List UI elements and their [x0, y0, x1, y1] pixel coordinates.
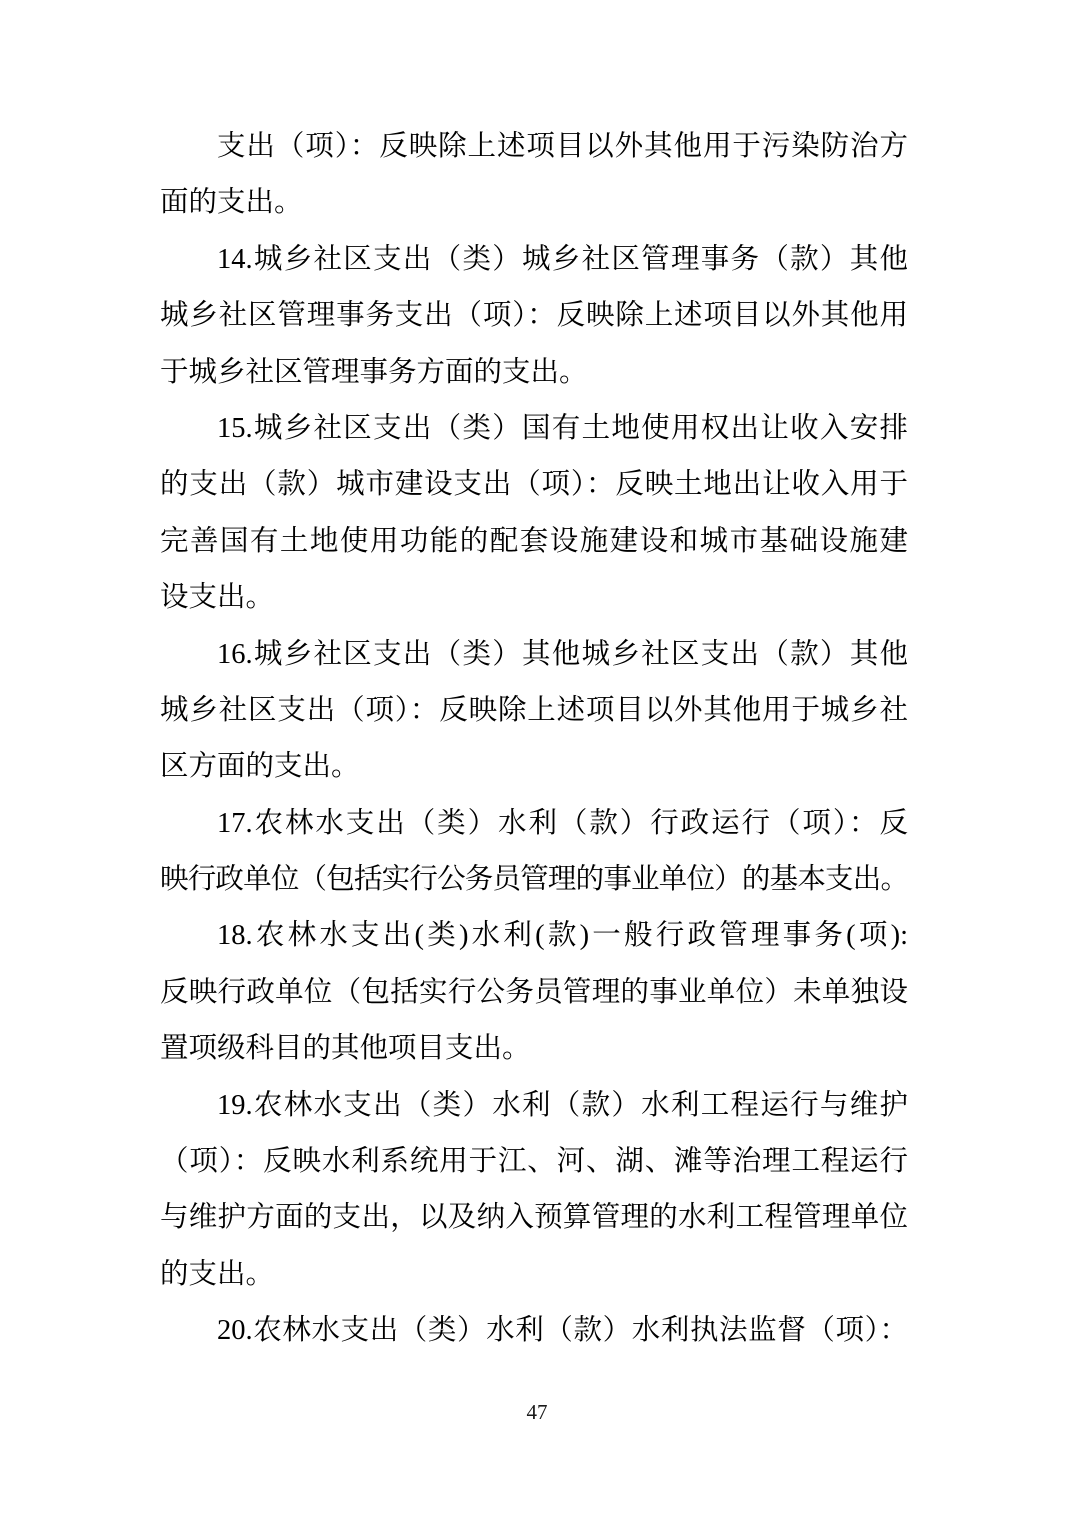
text-line: 映行政单位（包括实行公务员管理的事业单位）的基本支出。 — [160, 852, 908, 908]
paragraph: 18.农林水支出(类)水利(款)一般行政管理事务(项):反映行政单位（包括实行公… — [160, 908, 908, 1077]
text-line: 反映行政单位（包括实行公务员管理的事业单位）未单独设 — [160, 965, 908, 1021]
paragraph: 16.城乡社区支出（类）其他城乡社区支出（款）其他城乡社区支出（项）：反映除上述… — [160, 627, 908, 796]
text-line: 的支出。 — [160, 1247, 908, 1303]
text-line: 设支出。 — [160, 570, 908, 626]
document-page: 支出（项）：反映除上述项目以外其他用于污染防治方面的支出。14.城乡社区支出（类… — [0, 0, 1074, 1520]
text-line: 支出（项）：反映除上述项目以外其他用于污染防治方 — [160, 119, 908, 175]
paragraph: 20.农林水支出（类）水利（款）水利执法监督（项）： — [160, 1303, 908, 1359]
text-line: 面的支出。 — [160, 175, 908, 231]
paragraph: 19.农林水支出（类）水利（款）水利工程运行与维护（项）：反映水利系统用于江、河… — [160, 1078, 908, 1304]
text-block: 支出（项）：反映除上述项目以外其他用于污染防治方面的支出。14.城乡社区支出（类… — [160, 119, 908, 1360]
text-line: 19.农林水支出（类）水利（款）水利工程运行与维护 — [160, 1078, 908, 1134]
text-line: 区方面的支出。 — [160, 739, 908, 795]
text-line: （项）：反映水利系统用于江、河、湖、滩等治理工程运行 — [160, 1134, 908, 1190]
text-line: 置项级科目的其他项目支出。 — [160, 1021, 908, 1077]
paragraph: 14.城乡社区支出（类）城乡社区管理事务（款）其他城乡社区管理事务支出（项）：反… — [160, 232, 908, 401]
text-line: 17.农林水支出（类）水利（款）行政运行（项）：反 — [160, 796, 908, 852]
page-number: 47 — [0, 1398, 1074, 1426]
text-line: 于城乡社区管理事务方面的支出。 — [160, 345, 908, 401]
paragraph: 17.农林水支出（类）水利（款）行政运行（项）：反映行政单位（包括实行公务员管理… — [160, 796, 908, 909]
paragraph: 支出（项）：反映除上述项目以外其他用于污染防治方面的支出。 — [160, 119, 908, 232]
text-line: 完善国有土地使用功能的配套设施建设和城市基础设施建 — [160, 514, 908, 570]
text-line: 14.城乡社区支出（类）城乡社区管理事务（款）其他 — [160, 232, 908, 288]
text-line: 16.城乡社区支出（类）其他城乡社区支出（款）其他 — [160, 627, 908, 683]
text-line: 15.城乡社区支出（类）国有土地使用权出让收入安排 — [160, 401, 908, 457]
text-line: 城乡社区支出（项）：反映除上述项目以外其他用于城乡社 — [160, 683, 908, 739]
text-line: 18.农林水支出(类)水利(款)一般行政管理事务(项): — [160, 908, 908, 964]
text-line: 20.农林水支出（类）水利（款）水利执法监督（项）： — [160, 1303, 908, 1359]
paragraph: 15.城乡社区支出（类）国有土地使用权出让收入安排的支出（款）城市建设支出（项）… — [160, 401, 908, 627]
text-line: 城乡社区管理事务支出（项）：反映除上述项目以外其他用 — [160, 288, 908, 344]
text-line: 与维护方面的支出，以及纳入预算管理的水利工程管理单位 — [160, 1190, 908, 1246]
text-line: 的支出（款）城市建设支出（项）：反映土地出让收入用于 — [160, 457, 908, 513]
